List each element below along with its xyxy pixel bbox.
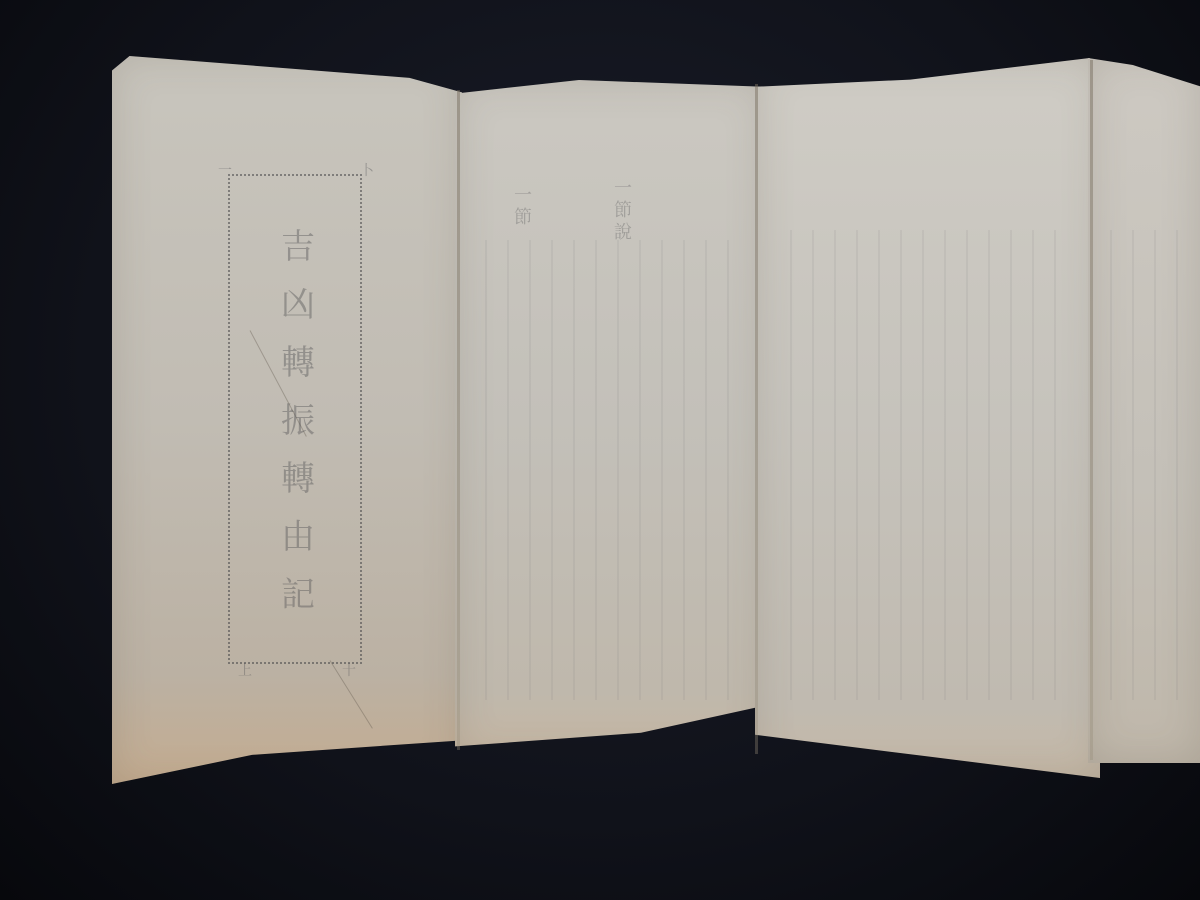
section-header: 一節 [508, 185, 534, 229]
fold-line [457, 90, 460, 750]
title-box: 吉凶轉振轉由記 一 卜 上 十 [228, 174, 362, 664]
faded-text-columns [1110, 230, 1190, 700]
faded-text-columns [790, 230, 1070, 700]
fold-line [1090, 60, 1093, 760]
corner-mark: 一 [218, 160, 232, 180]
faded-text-columns [485, 240, 735, 700]
document-title: 吉凶轉振轉由記 [271, 228, 320, 634]
corner-mark: 上 [238, 660, 252, 680]
corner-mark: 卜 [360, 160, 374, 180]
corner-mark: 十 [342, 660, 356, 680]
section-header: 一節說 [608, 178, 634, 244]
document-photo: 吉凶轉振轉由記 一 卜 上 十 一節 一節說 [0, 0, 1200, 900]
fold-line [755, 84, 758, 754]
